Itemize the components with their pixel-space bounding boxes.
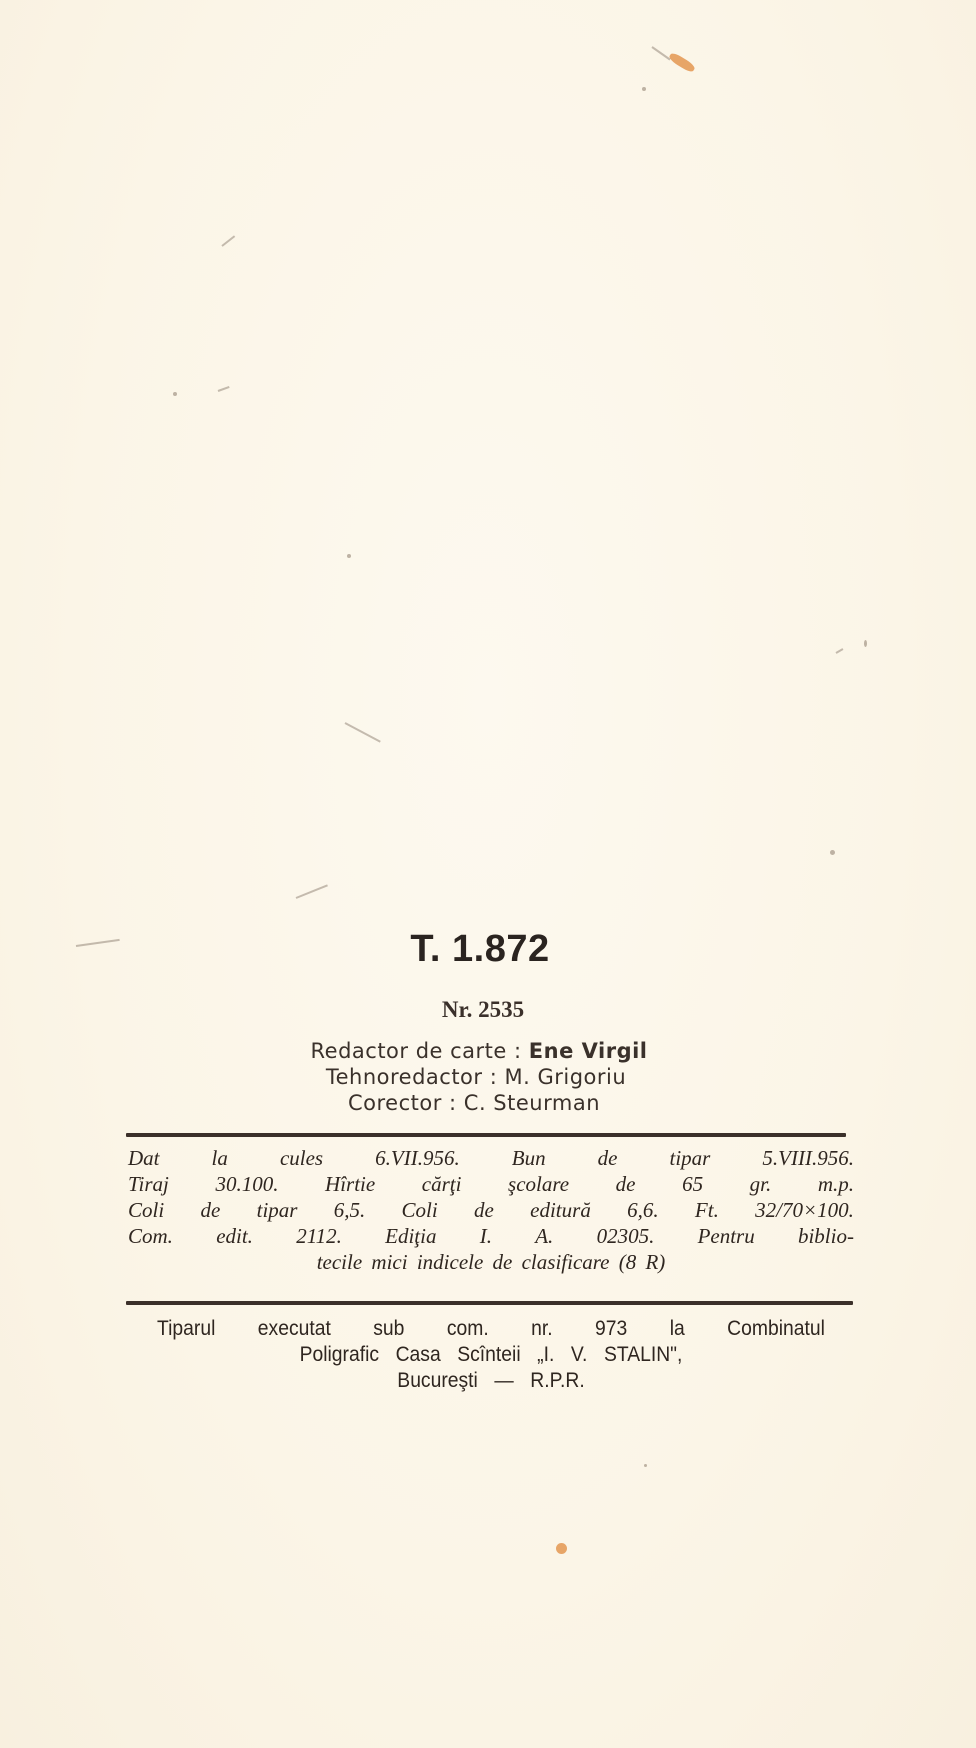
paper-background	[0, 0, 976, 1748]
credit-name: C. Steurman	[464, 1091, 600, 1115]
printer-word: Bucureşti	[397, 1368, 478, 1394]
imprint-block: Dat la cules 6.VII.956. Bun de tipar 5.V…	[128, 1145, 854, 1275]
imprint-word: 32/70×100.	[755, 1197, 854, 1223]
printer-word: V.	[571, 1342, 587, 1368]
imprint-line-2: Tiraj 30.100. Hîrtie cărţi şcolare de 65…	[128, 1171, 854, 1197]
imprint-word: I.	[480, 1223, 492, 1249]
imprint-word: cules	[280, 1145, 323, 1171]
printer-word: STALIN",	[604, 1342, 682, 1368]
printer-word: „I.	[537, 1342, 554, 1368]
printer-word: sub	[373, 1316, 404, 1342]
credit-name: Ene Virgil	[529, 1039, 648, 1063]
imprint-word: la	[212, 1145, 228, 1171]
printer-word: Scînteii	[457, 1342, 520, 1368]
imprint-word: tipar	[257, 1197, 298, 1223]
imprint-word: 02305.	[597, 1223, 655, 1249]
imprint-word: Hîrtie	[325, 1171, 375, 1197]
imprint-word: cărţi	[422, 1171, 462, 1197]
credit-editor: Redactor de carte : Ene Virgil	[0, 1039, 967, 1063]
printer-word: nr.	[531, 1316, 552, 1342]
printer-word: executat	[258, 1316, 331, 1342]
printer-block: Tiparul executat sub com. nr. 973 la Com…	[157, 1316, 825, 1394]
credit-tech-editor: Tehnoredactor : M. Grigoriu	[0, 1065, 964, 1089]
printer-word: Tiparul	[157, 1316, 215, 1342]
paper-speck	[347, 554, 351, 558]
paper-speck	[864, 640, 867, 647]
bottom-rule	[126, 1301, 853, 1305]
paper-speck	[173, 392, 177, 396]
imprint-word: 30.100.	[215, 1171, 278, 1197]
printer-word: —	[494, 1368, 513, 1394]
imprint-word: de	[598, 1145, 618, 1171]
imprint-word: A.	[535, 1223, 553, 1249]
printer-line-2: Poligrafic Casa Scînteii „I. V. STALIN",	[157, 1342, 825, 1368]
imprint-word: editură	[530, 1197, 591, 1223]
imprint-line-4: Com. edit. 2112. Ediţia I. A. 02305. Pen…	[128, 1223, 854, 1249]
credit-role: Corector :	[348, 1091, 457, 1115]
credit-proofreader: Corector : C. Steurman	[0, 1091, 962, 1115]
paper-speck	[642, 87, 646, 91]
printer-word: com.	[447, 1316, 489, 1342]
imprint-word: Tiraj	[128, 1171, 169, 1197]
paper-speck	[830, 850, 835, 855]
imprint-word: 2112.	[296, 1223, 342, 1249]
printer-word: 973	[595, 1316, 627, 1342]
imprint-word: Pentru	[698, 1223, 755, 1249]
imprint-word: Coli	[402, 1197, 438, 1223]
imprint-word: de	[200, 1197, 220, 1223]
imprint-word: 6.VII.956.	[375, 1145, 460, 1171]
document-number: Nr. 2535	[0, 997, 971, 1023]
top-rule	[126, 1133, 846, 1137]
printer-word: Combinatul	[727, 1316, 825, 1342]
imprint-word: 6,6.	[627, 1197, 659, 1223]
imprint-word: de	[616, 1171, 636, 1197]
imprint-word: 5.VIII.956.	[762, 1145, 854, 1171]
imprint-word: 65	[682, 1171, 703, 1197]
imprint-word: Bun	[512, 1145, 546, 1171]
credit-name: M. Grigoriu	[504, 1065, 626, 1089]
rust-dot	[556, 1543, 567, 1554]
imprint-line-5: tecile mici indicele de clasificare (8 R…	[128, 1249, 854, 1275]
printer-line-1: Tiparul executat sub com. nr. 973 la Com…	[157, 1316, 825, 1342]
printer-word: Poligrafic	[300, 1342, 379, 1368]
imprint-word: şcolare	[508, 1171, 569, 1197]
imprint-word: Com.	[128, 1223, 173, 1249]
printer-word: la	[670, 1316, 685, 1342]
paper-speck	[644, 1464, 647, 1467]
imprint-word: de	[474, 1197, 494, 1223]
imprint-word: tipar	[670, 1145, 711, 1171]
catalog-code: T. 1.872	[0, 928, 968, 971]
imprint-word: m.p.	[818, 1171, 854, 1197]
imprint-word: biblio-	[798, 1223, 854, 1249]
credit-role: Tehnoredactor :	[326, 1065, 497, 1089]
imprint-text: tecile mici indicele de clasificare (8 R…	[317, 1249, 666, 1275]
printer-word: R.P.R.	[530, 1368, 584, 1394]
imprint-word: 6,5.	[334, 1197, 366, 1223]
imprint-word: Dat	[128, 1145, 160, 1171]
imprint-word: Ediţia	[385, 1223, 436, 1249]
credit-role: Redactor de carte :	[311, 1039, 522, 1063]
printer-line-3: Bucureşti — R.P.R.	[157, 1368, 825, 1394]
printer-word: Casa	[396, 1342, 441, 1368]
imprint-word: Coli	[128, 1197, 164, 1223]
imprint-word: gr.	[750, 1171, 772, 1197]
imprint-line-1: Dat la cules 6.VII.956. Bun de tipar 5.V…	[128, 1145, 854, 1171]
imprint-word: edit.	[216, 1223, 253, 1249]
imprint-line-3: Coli de tipar 6,5. Coli de editură 6,6. …	[128, 1197, 854, 1223]
imprint-word: Ft.	[695, 1197, 719, 1223]
